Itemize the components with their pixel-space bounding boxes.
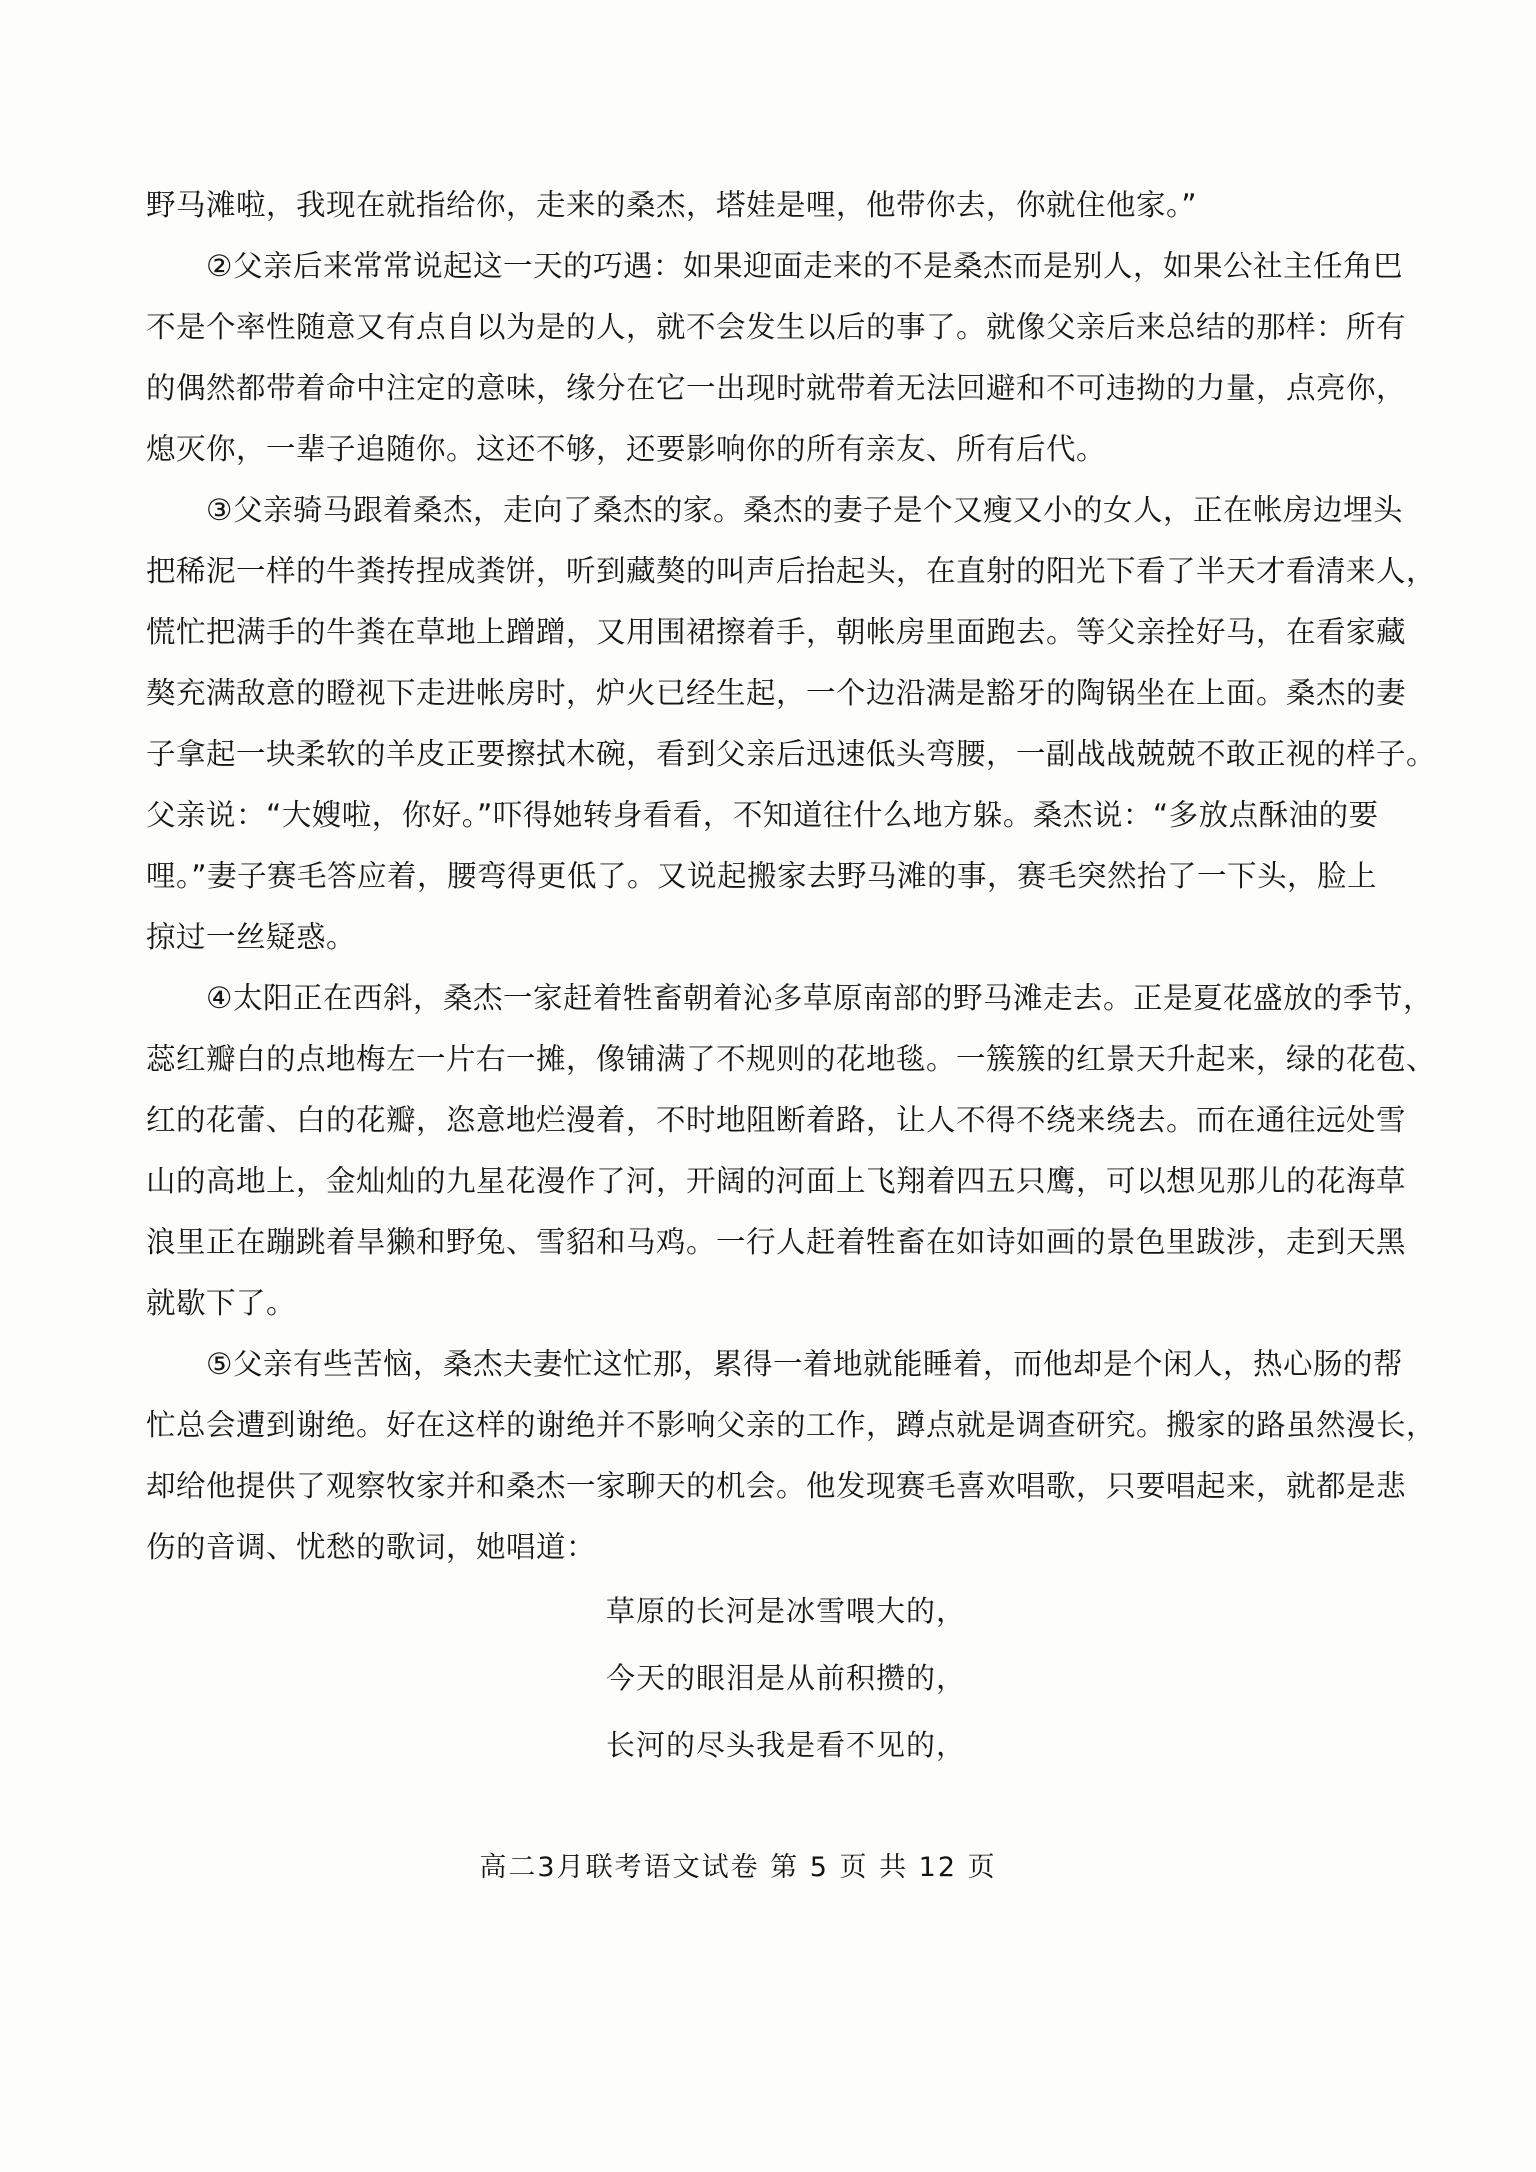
footer-text: 高二3月联考语文试卷 第 5 页 共 12 页 [479, 1852, 996, 1883]
passage-line: 哩。”妻子赛毛答应着，腰弯得更低了。又说起搬家去野马滩的事，赛毛突然抬了一下头，… [146, 846, 1426, 907]
poem-line: 草原的长河是冰雪喂大的， [146, 1578, 1426, 1645]
passage-line: ⑤父亲有些苦恼，桑杰夫妻忙这忙那，累得一着地就能睡着，而他却是个闲人，热心肠的帮 [146, 1334, 1426, 1395]
page-footer: 高二3月联考语文试卷 第 5 页 共 12 页 [0, 1845, 1476, 1884]
document-page: 野马滩啦，我现在就指给你，走来的桑杰，塔娃是哩，他带你去，你就住他家。”②父亲后… [0, 0, 1536, 2172]
passage-line: 不是个率性随意又有点自以为是的人，就不会发生以后的事了。就像父亲后来总结的那样：… [146, 297, 1426, 358]
passage-line: 红的花蕾、白的花瓣，恣意地烂漫着，不时地阻断着路，让人不得不绕来绕去。而在通往远… [146, 1090, 1426, 1151]
poem-line: 长河的尽头我是看不见的， [146, 1712, 1426, 1779]
passage-line: ④太阳正在西斜，桑杰一家赶着牲畜朝着沁多草原南部的野马滩走去。正是夏花盛放的季节… [146, 968, 1426, 1029]
passage-line: 的偶然都带着命中注定的意味，缘分在它一出现时就带着无法回避和不可违拗的力量，点亮… [146, 358, 1426, 419]
passage-line: 獒充满敌意的瞪视下走进帐房时，炉火已经生起，一个边沿满是豁牙的陶锅坐在上面。桑杰… [146, 663, 1426, 724]
passage-line: 却给他提供了观察牧家并和桑杰一家聊天的机会。他发现赛毛喜欢唱歌，只要唱起来，就都… [146, 1456, 1426, 1517]
passage-line: ②父亲后来常常说起这一天的巧遇：如果迎面走来的不是桑杰而是别人，如果公社主任角巴 [146, 236, 1426, 297]
passage-line: 父亲说：“大嫂啦，你好。”吓得她转身看看，不知道往什么地方躲。桑杰说：“多放点酥… [146, 785, 1426, 846]
passage-line: 忙总会遭到谢绝。好在这样的谢绝并不影响父亲的工作，蹲点就是调查研究。搬家的路虽然… [146, 1395, 1426, 1456]
passage-line: 山的高地上，金灿灿的九星花漫作了河，开阔的河面上飞翔着四五只鹰，可以想见那儿的花… [146, 1151, 1426, 1212]
passage-line: 浪里正在蹦跳着旱獭和野兔、雪貂和马鸡。一行人赶着牲畜在如诗如画的景色里跋涉，走到… [146, 1212, 1426, 1273]
passage-line: 蕊红瓣白的点地梅左一片右一摊，像铺满了不规则的花地毯。一簇簇的红景天升起来，绿的… [146, 1029, 1426, 1090]
passage-line: 子拿起一块柔软的羊皮正要擦拭木碗，看到父亲后迅速低头弯腰，一副战战兢兢不敢正视的… [146, 724, 1426, 785]
passage-body: 野马滩啦，我现在就指给你，走来的桑杰，塔娃是哩，他带你去，你就住他家。”②父亲后… [146, 175, 1426, 1578]
passage-line: 伤的音调、忧愁的歌词，她唱道： [146, 1517, 1426, 1578]
passage-line: 慌忙把满手的牛粪在草地上蹭蹭，又用围裙擦着手，朝帐房里面跑去。等父亲拴好马，在看… [146, 602, 1426, 663]
passage-line: 掠过一丝疑惑。 [146, 907, 1426, 968]
poem-line: 今天的眼泪是从前积攒的， [146, 1645, 1426, 1712]
passage-line: 野马滩啦，我现在就指给你，走来的桑杰，塔娃是哩，他带你去，你就住他家。” [146, 175, 1426, 236]
passage-line: ③父亲骑马跟着桑杰，走向了桑杰的家。桑杰的妻子是个又瘦又小的女人，正在帐房边埋头 [146, 480, 1426, 541]
passage-line: 把稀泥一样的牛粪抟捏成粪饼，听到藏獒的叫声后抬起头，在直射的阳光下看了半天才看清… [146, 541, 1426, 602]
passage-line: 熄灭你，一辈子追随你。这还不够，还要影响你的所有亲友、所有后代。 [146, 419, 1426, 480]
poem-block: 草原的长河是冰雪喂大的，今天的眼泪是从前积攒的，长河的尽头我是看不见的， [146, 1578, 1426, 1779]
passage-line: 就歇下了。 [146, 1273, 1426, 1334]
